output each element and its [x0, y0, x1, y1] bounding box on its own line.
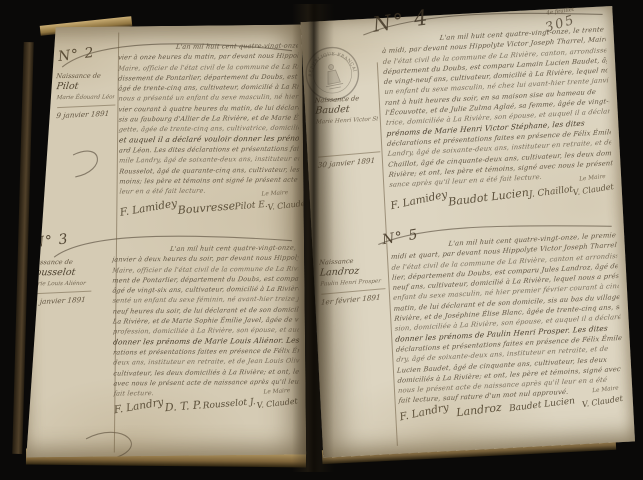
- svg-text:RÉPUBLIQUE FRANÇAISE: RÉPUBLIQUE FRANÇAISE: [298, 40, 356, 83]
- margin-date: 15 janvier 1891: [28, 291, 92, 308]
- signature-row: F. LandryD. T. P.Rousselot J.V. Claudet: [114, 399, 298, 414]
- entry-body: L'an mil huit cent quatre-vingt-onze, le…: [118, 41, 300, 197]
- entry-margin: Naissance de Pilot Marie Édouard Léon 9 …: [56, 71, 115, 121]
- signature: Bouvresse: [177, 199, 235, 217]
- entry-body: L'an mil huit cent quatre-vingt-onze, le…: [390, 230, 624, 406]
- signature: V. Claudet: [572, 182, 614, 197]
- closing-note: Le Maire: [261, 190, 288, 198]
- right-page: N° 4 4e feuillet 305 RÉPUBLIQUE FRANÇAIS…: [301, 6, 635, 458]
- signature: V. Claudet: [268, 198, 310, 212]
- page-header-number: N° 4: [371, 5, 431, 37]
- margin-given-names: Paulin Henri Prosper: [320, 276, 385, 289]
- margin-surname: Rousselot: [28, 267, 92, 280]
- signature: F. Lamidey: [389, 188, 448, 212]
- margin-date: 30 janvier 1891: [318, 151, 381, 170]
- signature: Landroz: [456, 401, 503, 419]
- entry-margin: Naissance de Rousselot Marie Louis Alién…: [28, 257, 91, 307]
- closing-note: Le Maire: [579, 174, 606, 183]
- signature: D. T. P.: [164, 398, 202, 414]
- signature-row: F. LamideyBouvressePilot E.V. Claudet: [120, 201, 298, 216]
- scanned-register-spread: N° 2 Naissance de Pilot Marie Édouard Lé…: [0, 0, 643, 480]
- margin-given-names: Marie Louis Aliénor: [28, 279, 91, 290]
- margin-number: N° 2: [57, 45, 95, 65]
- margin-given-names: Marie Henri Victor Stéphane: [315, 114, 378, 127]
- margin-number: N° 3: [31, 231, 69, 251]
- margin-given-names: Marie Édouard Léon: [56, 93, 115, 104]
- entry-margin: Naissance de Baudet Marie Henri Victor S…: [314, 92, 380, 169]
- signature: Rousselot J.: [202, 397, 256, 411]
- signature: V. Claudet: [256, 396, 298, 410]
- book-edge-left: [12, 42, 33, 454]
- signature: Pilot E.: [235, 200, 269, 213]
- stamp-legend: RÉPUBLIQUE FRANÇAISE: [298, 40, 356, 83]
- signature: J. Chaillot: [528, 185, 573, 200]
- entry-margin: Naissance Landroz Paulin Henri Prosper 1…: [319, 254, 385, 306]
- margin-surname: Pilot: [56, 81, 116, 94]
- margin-title: Naissance de: [56, 71, 115, 82]
- marianne-figure-icon: [322, 63, 344, 90]
- signature: Baudot Lucien: [447, 186, 529, 209]
- entry-body: L'an mil huit cent quatre-vingt-onze, le…: [381, 24, 613, 190]
- signature: F. Lamidey: [119, 197, 178, 218]
- margin-date: 1er février 1891: [321, 288, 386, 308]
- signature: F. Landry: [113, 396, 164, 416]
- entry-body: L'an mil huit cent quatre-vingt-onze, le…: [112, 243, 300, 399]
- margin-title: Naissance de: [28, 257, 91, 268]
- left-page: N° 2 Naissance de Pilot Marie Édouard Lé…: [22, 25, 306, 458]
- margin-date: 9 janvier 1891: [56, 104, 116, 121]
